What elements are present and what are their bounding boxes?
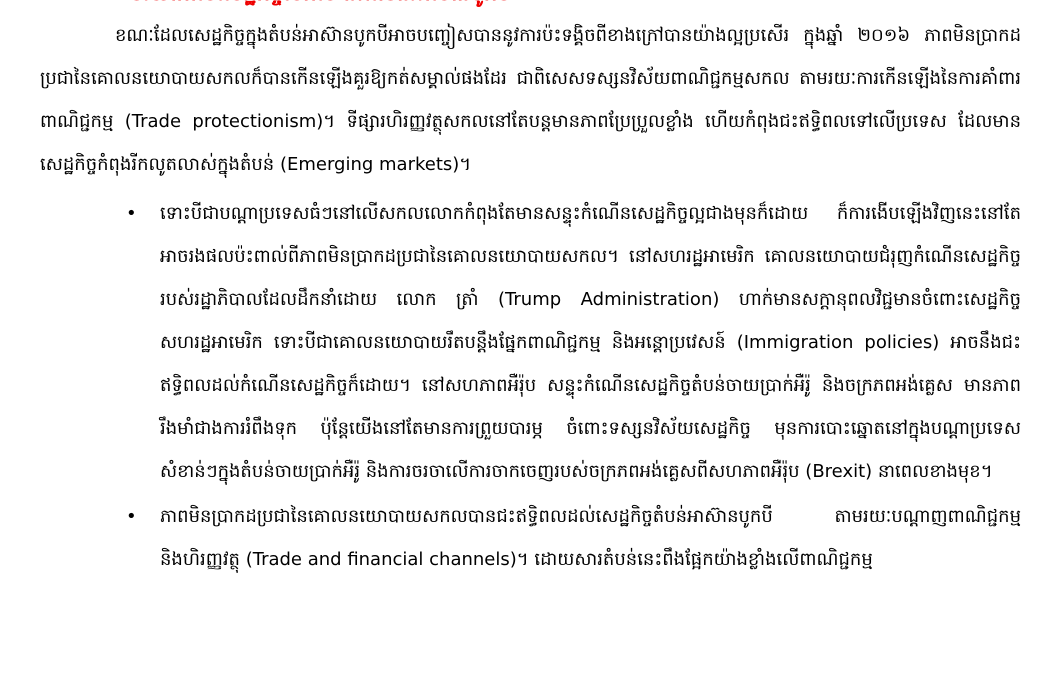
bullet-text-2: ភាពមិនប្រាកដប្រជានៃគោលនយោបាយសកលបានជះឥទ្ធ… bbox=[160, 506, 1021, 570]
section-heading-clipped: បរិយាកាសសេដ្ឋកិច្ចសកល និងតំបន់អាស៊ានបូកប… bbox=[130, 0, 930, 11]
document-body: ខណៈដែលសេដ្ឋកិច្ចក្នុងតំបន់អាស៊ានបូកបីអាច… bbox=[40, 14, 1021, 583]
intro-paragraph: ខណៈដែលសេដ្ឋកិច្ចក្នុងតំបន់អាស៊ានបូកបីអាច… bbox=[40, 14, 1021, 186]
bullet-list: • ទោះបីជាបណ្តាប្រទេសធំៗនៅលើសកលលោកកំពុងតែ… bbox=[40, 192, 1021, 581]
bullet-item-1: • ទោះបីជាបណ្តាប្រទេសធំៗនៅលើសកលលោកកំពុងតែ… bbox=[40, 192, 1021, 493]
bullet-text-1: ទោះបីជាបណ្តាប្រទេសធំៗនៅលើសកលលោកកំពុងតែមា… bbox=[160, 203, 1021, 482]
bullet-dot-icon: • bbox=[126, 192, 137, 235]
bullet-item-2: • ភាពមិនប្រាកដប្រជានៃគោលនយោបាយសកលបានជះឥទ… bbox=[40, 495, 1021, 581]
document-page: បរិយាកាសសេដ្ឋកិច្ចសកល និងតំបន់អាស៊ានបូកប… bbox=[0, 0, 1059, 700]
bullet-dot-icon: • bbox=[126, 495, 137, 538]
